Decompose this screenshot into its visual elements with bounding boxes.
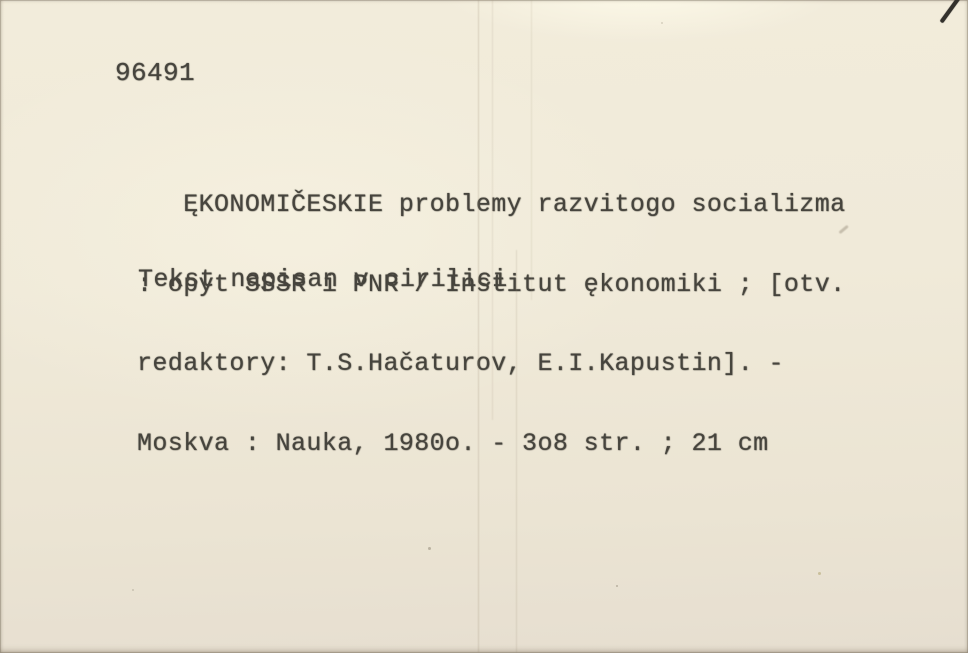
- paper-speck: [428, 547, 431, 550]
- language-note: Tekst napisan v cirilici: [138, 265, 508, 294]
- paper-speck: [818, 572, 821, 575]
- catalog-card: 96491 ĘKONOMIČESKIE problemy razvitogo s…: [0, 0, 968, 653]
- paper-speck: [616, 585, 618, 587]
- paper-speck: [661, 22, 663, 24]
- bibliographic-entry: ĘKONOMIČESKIE problemy razvitogo sociali…: [137, 139, 846, 510]
- corner-pen-mark: [940, 0, 960, 23]
- entry-line: ĘKONOMIČESKIE problemy razvitogo sociali…: [137, 192, 846, 219]
- call-number: 96491: [115, 58, 195, 88]
- paper-speck: [132, 589, 134, 591]
- entry-line: redaktory: T.S.Hačaturov, E.I.Kapustin].…: [137, 351, 846, 378]
- entry-line: Moskva : Nauka, 1980o. - 3o8 str. ; 21 c…: [137, 431, 846, 458]
